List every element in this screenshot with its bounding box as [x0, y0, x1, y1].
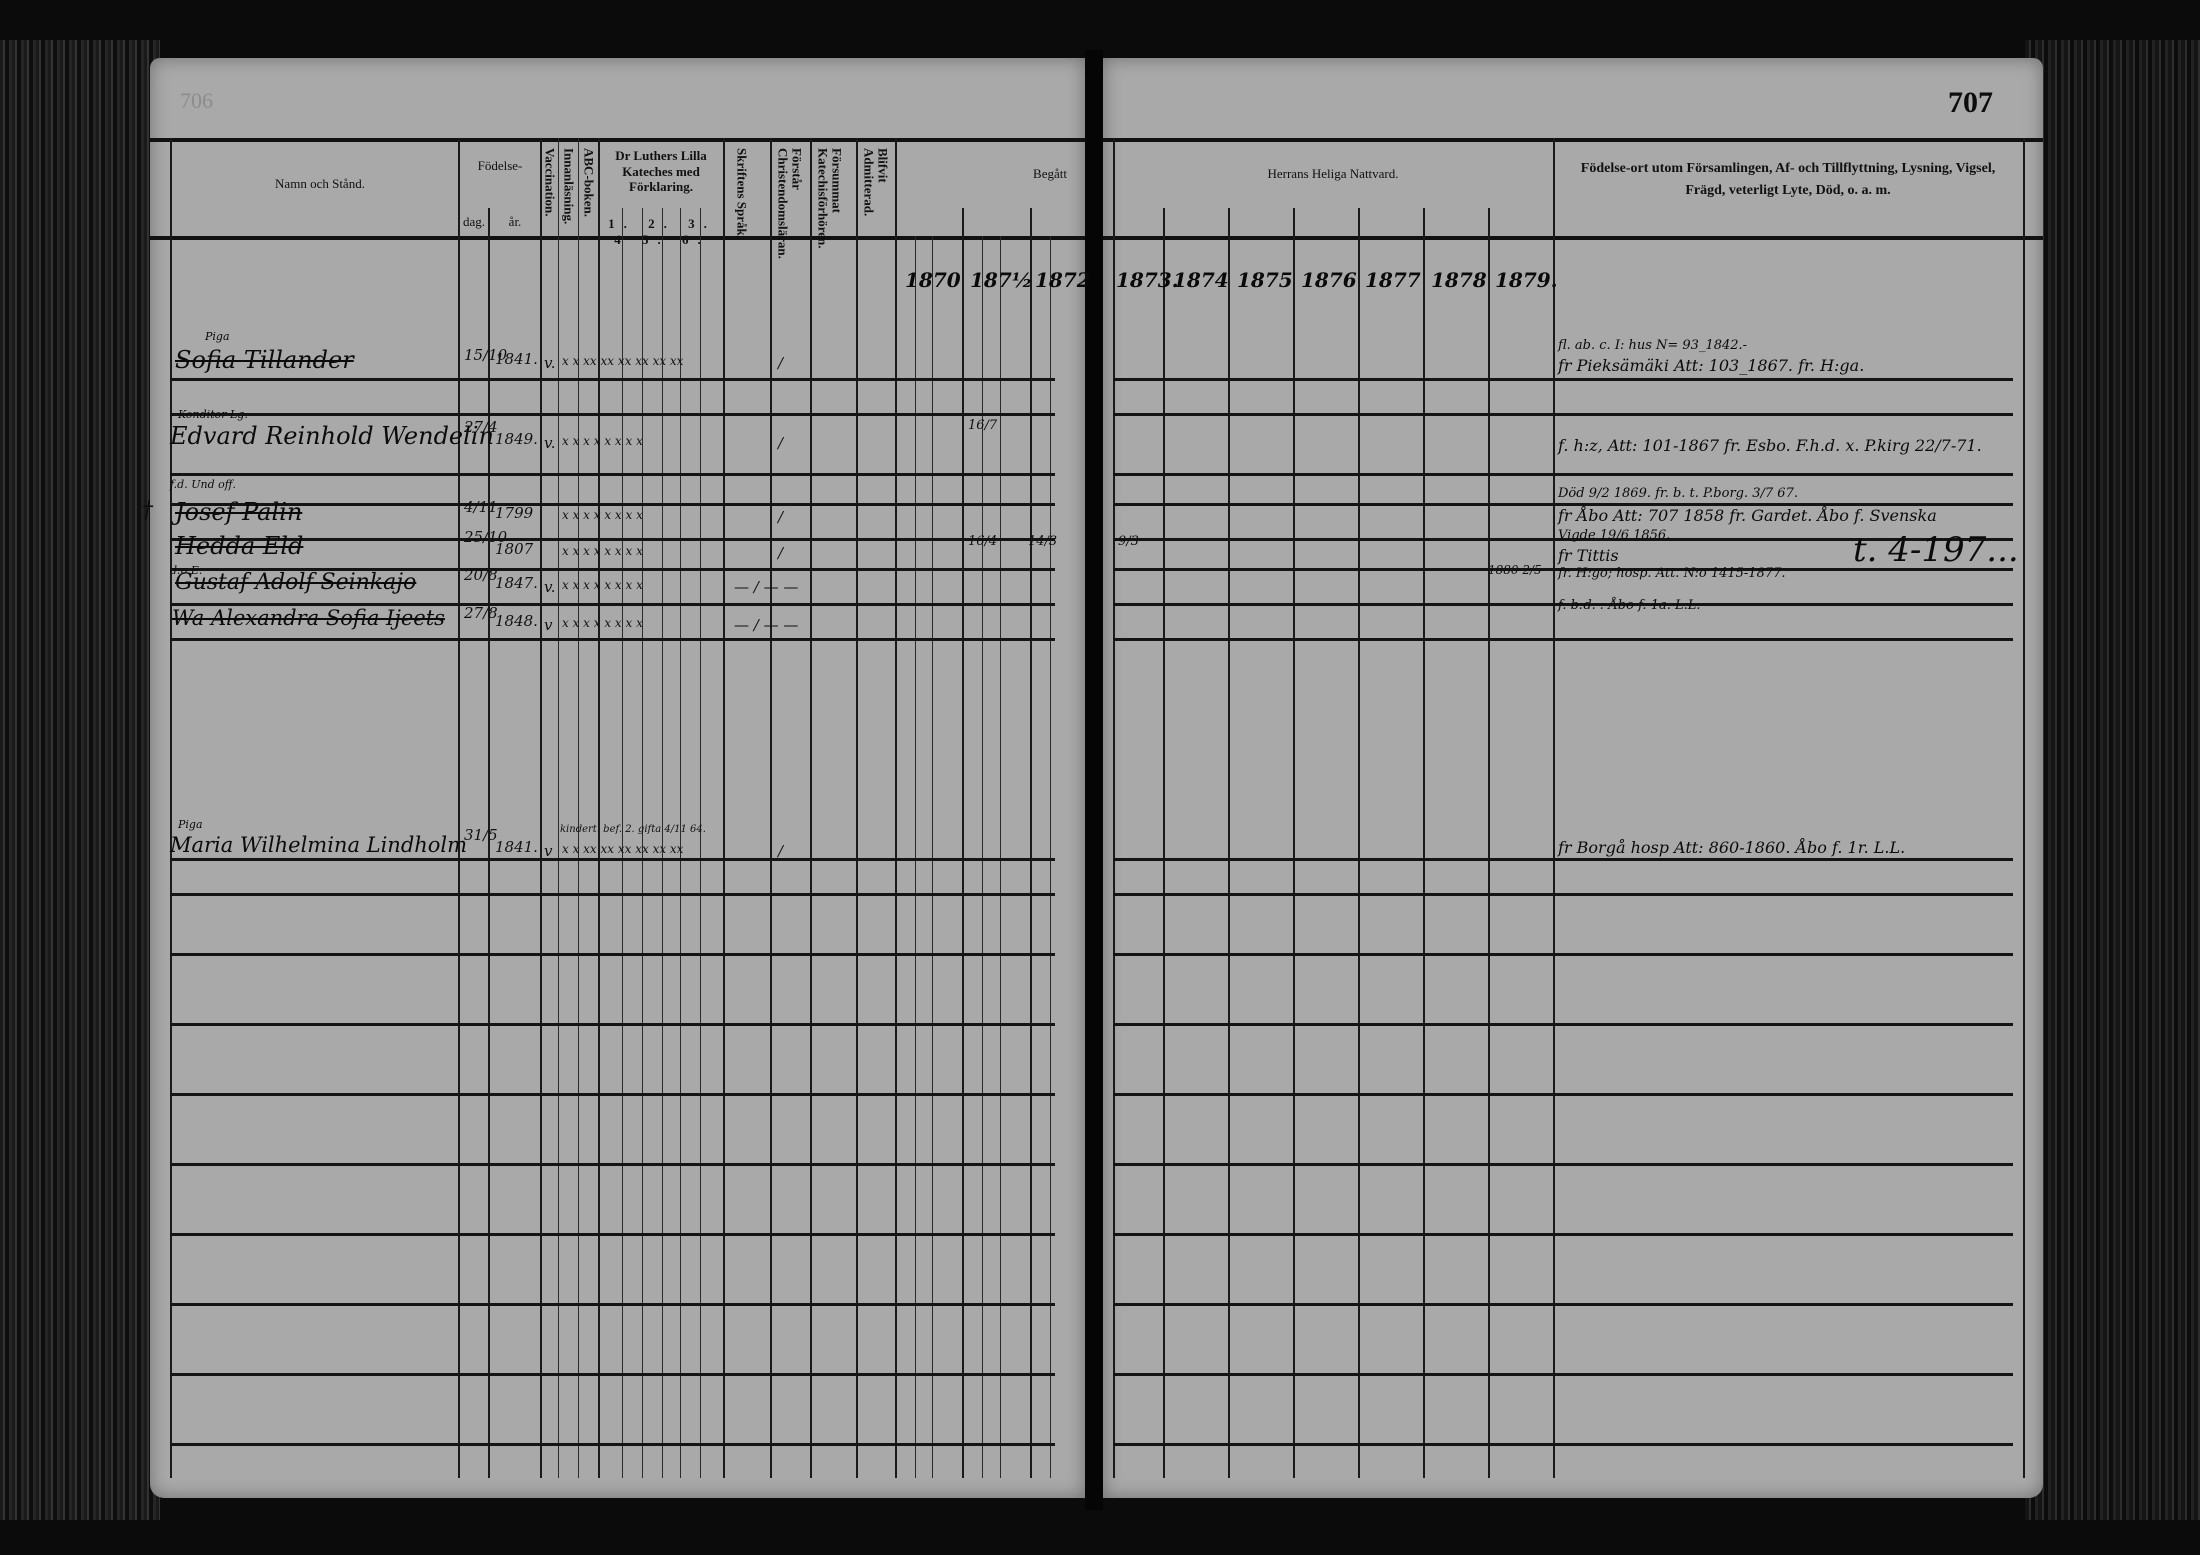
communion-date: 1880 2/5 [1488, 563, 1542, 577]
header-top-rule [150, 138, 1085, 142]
entry-name: Sofia Tillander [175, 346, 354, 374]
entry-year: 1841. [495, 350, 538, 368]
entry-col-mark: — / — — [734, 616, 798, 634]
header-skriftens: Skriftens Språk. [735, 148, 749, 239]
row-rule [170, 1373, 1055, 1376]
faint-page-number: 706 [180, 88, 213, 114]
entry-above-marks: kindert. bef. 2. gifta 4/11 64. [560, 824, 706, 835]
entry-vacc: v. [544, 578, 555, 596]
row-rule [170, 1023, 1055, 1026]
entry-year: 1848. [495, 612, 538, 630]
entry-year: 1807 [495, 540, 533, 558]
remark-large-note: t. 4-197... [1853, 530, 2019, 570]
col-rule [1228, 208, 1230, 1478]
col-rule [1050, 236, 1051, 1478]
col-rule [1163, 208, 1165, 1478]
col-rule [932, 236, 933, 1478]
header-birth-year: år. [495, 214, 535, 230]
header-birth: Födelse- [462, 158, 538, 174]
header-abc: ABC-boken. [582, 148, 596, 217]
row-rule [1113, 1303, 2013, 1306]
entry-day: 27/8 [464, 604, 498, 622]
remark-line: fr Tittis [1558, 546, 1619, 565]
row-rule [1113, 893, 2013, 896]
year-1877: 1877 [1365, 268, 1421, 292]
entry-day: 20/8 [464, 566, 498, 584]
col-rule [540, 138, 542, 1478]
entry-col-mark: / [778, 544, 783, 562]
row-rule [1113, 858, 2013, 861]
entry-day: 4/11 [464, 498, 498, 516]
year-1872: 1872 [1035, 268, 1091, 292]
row-rule [170, 893, 1055, 896]
col-rule [1488, 208, 1490, 1478]
remark-line: fl. ab. c. I: hus N= 93_1842.- [1558, 338, 1747, 353]
row-rule [1113, 413, 2013, 416]
row-rule [1113, 1163, 2013, 1166]
death-cross-mark: † [142, 498, 153, 523]
entry-col-mark: / [778, 508, 783, 526]
remark-line: f. b:d. : Åbo f. 1a. L.L. [1558, 598, 1701, 613]
row-rule [1113, 1093, 2013, 1096]
row-rule [170, 413, 1055, 416]
col-rule [170, 138, 172, 1478]
entry-name: Edvard Reinhold Wendelin [170, 422, 494, 450]
col-rule [856, 138, 858, 1478]
header-admitterad: Blifvit Admitterad. [862, 148, 889, 228]
entry-col-mark: — / — — [734, 578, 798, 596]
communion-date: 9/3 [1118, 534, 1139, 549]
left-page: 706 Namn och Stånd. Födelse- dag. år. Va… [150, 58, 1085, 1498]
row-rule [1113, 473, 2013, 476]
remark-line: fr Åbo Att: 707 1858 fr. Gardet. Åbo f. … [1558, 506, 1937, 525]
col-rule [1030, 208, 1032, 1478]
book-edge-right [2025, 40, 2200, 1520]
header-catechism-cols: 1. 2. 3. 4 5. 6. [602, 216, 722, 247]
entry-name: Gustaf Adolf Seinkajo [175, 570, 416, 595]
row-rule [170, 1163, 1055, 1166]
year-1879: 1879. [1495, 268, 1558, 292]
year-1875: 1875 [1237, 268, 1293, 292]
col-rule [558, 138, 559, 1478]
remark-line: fr. H:go; hosp. Att. N:o 1415-1877. [1558, 566, 1786, 581]
col-rule [895, 138, 897, 1478]
entry-col-mark: / [778, 434, 783, 452]
row-rule [170, 858, 1055, 861]
entry-day: 27/4 [464, 418, 498, 436]
year-1871: 187½ [970, 268, 1033, 292]
header-forstar: Förstår Christendomsläran. [776, 148, 803, 228]
entry-year: 1799 [495, 504, 533, 522]
row-rule [170, 378, 1055, 381]
col-rule [598, 138, 600, 1478]
entry-marks: x x xx xx xx xx xx xx [562, 354, 683, 368]
row-rule [170, 1443, 1055, 1446]
row-rule [1113, 1443, 2013, 1446]
entry-name: Maria Wilhelmina Lindholm [170, 833, 467, 857]
col-rule [2023, 138, 2025, 1478]
entry-marks: x x x x x x x x [562, 578, 643, 592]
col-rule [1113, 138, 1115, 1478]
entry-name: Wa Alexandra Sofia Ijeets [172, 606, 445, 630]
header-name: Namn och Stånd. [270, 176, 370, 192]
entry-day: 31/5 [464, 826, 498, 844]
row-rule [170, 953, 1055, 956]
header-birth-day: dag. [460, 214, 488, 230]
entry-title: Piga [205, 330, 230, 343]
entry-marks: x x x x x x x x [562, 616, 643, 630]
year-1874: 1874 [1173, 268, 1229, 292]
row-rule [1113, 1233, 2013, 1236]
row-rule [170, 473, 1055, 476]
col-rule [723, 138, 725, 1478]
row-rule [1113, 638, 2013, 641]
entry-title: Konditor Lg. [178, 408, 248, 421]
remark-line: fr Pieksämäki Att: 103_1867. fr. H:ga. [1558, 356, 1864, 375]
page-number: 707 [1948, 86, 1993, 120]
col-rule [810, 138, 812, 1478]
remark-line: Död 9/2 1869. fr. b. t. P.borg. 3/7 67. [1558, 486, 1798, 501]
communion-date: 16/7 [968, 418, 997, 433]
year-1870: 1870 [905, 268, 961, 292]
col-rule [700, 208, 701, 1478]
header-nattvard: Herrans Heliga Nattvard. [1203, 166, 1463, 182]
book-edge-left [0, 40, 160, 1520]
entry-title: f.d. Und off. [170, 478, 236, 491]
entry-vacc: v. [544, 354, 555, 372]
col-rule [1358, 208, 1360, 1478]
col-rule [458, 138, 460, 1478]
header-innanlasning: Innanläsning. [562, 148, 576, 224]
row-rule [1113, 378, 2013, 381]
communion-date: 14/3 [1028, 534, 1057, 549]
entry-title: Piga [178, 818, 203, 831]
header-begatt: Begått [1020, 166, 1080, 182]
year-1876: 1876 [1301, 268, 1357, 292]
header-remarks: Födelse-ort utom Församlingen, Af- och T… [1573, 158, 2003, 203]
remark-line: fr Borgå hosp Att: 860-1860. Åbo f. 1r. … [1558, 838, 1905, 857]
entry-year: 1847. [495, 574, 538, 592]
entry-vacc: v. [544, 434, 555, 452]
year-1873: 1873. [1116, 268, 1179, 292]
col-rule [1000, 236, 1001, 1478]
header-vaccination: Vaccination. [543, 148, 557, 217]
entry-col-mark: / [778, 842, 783, 860]
communion-date: 16/4 [968, 534, 997, 549]
header-bottom-rule [1103, 236, 2043, 240]
header-catechism: Dr Luthers Lilla Katеches med Förklaring… [600, 148, 722, 195]
entry-vacc: v [544, 616, 552, 634]
col-rule [1553, 138, 1555, 1478]
col-rule [1293, 208, 1295, 1478]
col-rule [1423, 208, 1425, 1478]
entry-marks: x x xx xx xx xx xx xx [562, 842, 683, 856]
entry-year: 1841. [495, 838, 538, 856]
year-1878: 1878 [1431, 268, 1487, 292]
entry-col-mark: / [778, 354, 783, 372]
row-rule [170, 1093, 1055, 1096]
remark-line: f. h:z, Att: 101-1867 fr. Esbo. F.h.d. x… [1558, 436, 1982, 455]
entry-year: 1849. [495, 430, 538, 448]
row-rule [170, 1303, 1055, 1306]
row-rule [170, 503, 1055, 506]
entry-marks: x x x x x x x x [562, 434, 643, 448]
entry-name: Hedda Eld [175, 532, 303, 560]
header-top-rule [1103, 138, 2043, 142]
row-rule [1113, 1023, 2013, 1026]
col-rule [962, 208, 964, 1478]
entry-marks: x x x x x x x x [562, 508, 643, 522]
row-rule [1113, 1373, 2013, 1376]
right-page: 707 Herrans Heliga Nattvard. Födelse-ort… [1103, 58, 2043, 1498]
row-rule [1113, 953, 2013, 956]
col-rule [915, 236, 916, 1478]
remark-line: Vigde 19/6 1856. [1558, 528, 1670, 543]
entry-name: Josef Palin [175, 498, 302, 526]
col-rule [770, 138, 772, 1478]
row-rule [170, 638, 1055, 641]
col-rule [578, 138, 579, 1478]
header-forsummat: Försummat Katechisförhören. [816, 148, 843, 228]
row-rule [170, 1233, 1055, 1236]
entry-marks: x x x x x x x x [562, 544, 643, 558]
entry-vacc: v [544, 842, 552, 860]
